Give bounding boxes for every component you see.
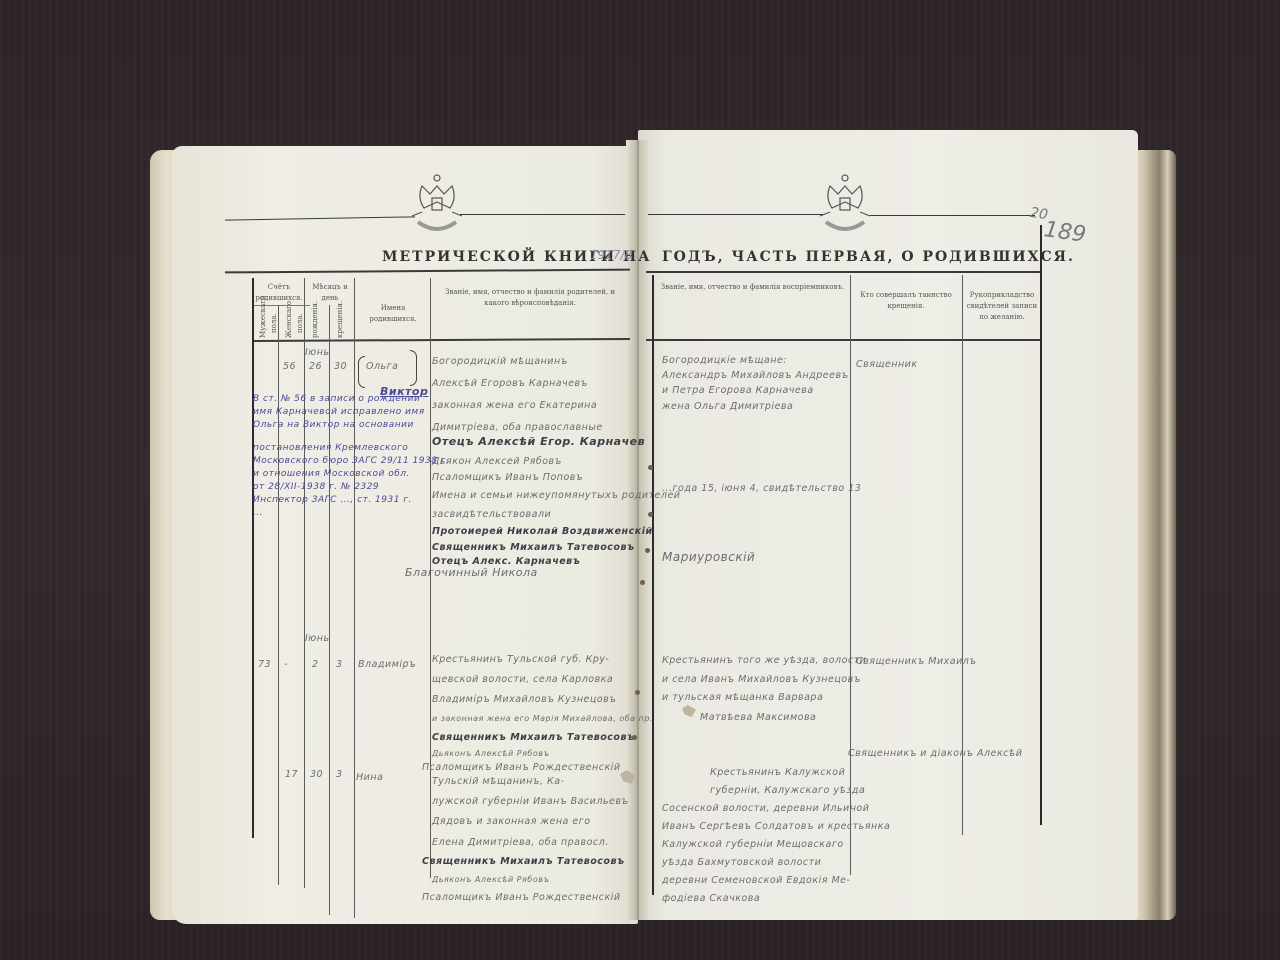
binding-hole (648, 465, 653, 470)
binding-hole (632, 735, 637, 740)
entry-1-signature: Благочинный Никола (405, 563, 538, 582)
correction-note-line: от 28/XII-1938 г. № 2329 (253, 481, 379, 494)
double-headed-eagle-icon (820, 172, 870, 242)
correction-note-line: ... (253, 507, 263, 520)
entry-2-godparents-line: и села Иванъ Михайловъ Кузнецовъ (662, 670, 861, 689)
entry-1-godparents-extra: ...года 15, іюня 4, свидѣтельство 13 (662, 479, 861, 498)
entry-3-performed-by: Священникъ и діаконъ Алексѣй (848, 744, 1022, 763)
column-border (1040, 225, 1042, 825)
entry-3-parents-line: Псаломщикъ Иванъ Рождественскій (422, 888, 621, 907)
double-headed-eagle-icon (412, 172, 462, 242)
entry-1-godparents-line: жена Ольга Димитріева (662, 397, 793, 416)
strike-bracket (358, 356, 365, 388)
entry-3-godparents-line: Иванъ Сергѣевъ Солдатовъ и крестьянка (662, 817, 890, 836)
correction-note-line: Московского бюро ЗАГС 29/11 1938 г. (253, 455, 449, 468)
header-female: Женскаго пола. (284, 308, 306, 338)
entry-1-parents-line: Алексѣй Егоровъ Карначевъ (432, 374, 588, 393)
correction-note-line: и отношения Московской обл. (253, 468, 410, 481)
entry-3-born-day: 30 (310, 765, 323, 784)
page-number-small: 20 (1029, 205, 1049, 223)
entry-3-parents-line: лужской губерніи Иванъ Васильевъ (432, 792, 629, 811)
entry-3-godparents-line: фодіева Скачкова (662, 889, 760, 908)
entry-3-godparents-line: деревни Семеновской Евдокія Ме- (662, 871, 850, 890)
binding-hole (645, 548, 650, 553)
entry-2-godparents-line: Матвѣева Максимова (700, 708, 816, 727)
book-title-right: ГОДЪ, ЧАСТЬ ПЕРВАЯ, О РОДИВШИХСЯ. (662, 249, 1075, 265)
header-male: Мужескаго пола. (258, 308, 280, 338)
binding-hole (648, 512, 653, 517)
header-ornament-line (648, 214, 823, 215)
entry-3-godparents-line: Сосенской волости, деревни Ильиной (662, 799, 869, 818)
header-performed-by: Кто совершалъ таинство крещенія. (854, 290, 958, 312)
entry-2-performed-by: Священникъ Михаилъ (856, 652, 977, 671)
entry-3-parents-line: Дядовъ и законная жена его (432, 812, 591, 831)
entry-2-godparents-line: Крестьянинъ того же уѣзда, волости (662, 651, 866, 670)
entry-1-name: Ольга (366, 357, 398, 376)
title-underline (646, 271, 1042, 273)
correction-note-line: В ст. № 56 в записи о рождении (253, 393, 420, 406)
entry-3-godparents-line: Крестьянинъ Калужской (710, 763, 845, 782)
entry-3-godparents-line: Калужской губерніи Мещовскаго (662, 835, 844, 854)
entry-1-female-no: 56 (283, 357, 296, 376)
entry-2-name: Владиміръ (358, 655, 416, 674)
header-parents: Званіе, имя, отчество и фамилія родителе… (440, 287, 620, 309)
entry-2-parents-line: щевской волости, села Карловка (432, 670, 613, 689)
correction-note-line: постановления Кремлевского (253, 442, 408, 455)
entry-2-godparents-line: и тульская мѣщанка Варвара (662, 688, 823, 707)
header-signatures: Рукоприкладство свидѣтелей записи по жел… (965, 290, 1039, 323)
year-handwritten: 1917/8 (590, 248, 632, 262)
correction-note-line: Ольга на Виктор на основании (253, 419, 414, 432)
binding-hole (635, 690, 640, 695)
entry-2-female-no: - (284, 655, 288, 674)
entry-3-parents-line: Дьяконъ Алексѣй Рябовъ (432, 870, 550, 889)
entry-3-parents-line: Тульскій мѣщанинъ, Ка- (432, 772, 565, 791)
header-ornament-line (460, 214, 625, 215)
entry-1-baptized-day: 30 (334, 357, 347, 376)
header-godparents: Званіе, имя, отчество и фамилія воспріем… (660, 282, 845, 293)
entry-1-signature: Имена и семьи нижеупомянутыхъ родителей (432, 486, 680, 505)
entry-3-godparents-line: губерніи, Калужскаго уѣзда (710, 781, 865, 800)
entry-3-parents-line: Священникъ Михаилъ Татевосовъ (422, 852, 625, 871)
entry-3-godparents-line: уѣзда Бахмутовской волости (662, 853, 821, 872)
header-bottom-rule (646, 339, 1041, 341)
column-border (652, 275, 654, 895)
header-child-names: Имена родившихся. (356, 303, 430, 325)
entry-2-month: Іюнь (305, 629, 330, 648)
entry-2-born-day: 2 (312, 655, 319, 674)
header-ornament-line (870, 215, 1035, 216)
entry-1-parents-line: Богородицкій мѣщанинъ (432, 352, 568, 371)
header-baptized: крещенія. (335, 308, 346, 338)
entry-3-parents-line: Елена Димитріева, оба правосл. (432, 833, 609, 852)
entry-3-name: Нина (356, 768, 383, 787)
entry-2-baptized-day: 3 (336, 655, 343, 674)
entry-1-godparents-signature: Мариуровскій (662, 548, 755, 567)
entry-1-born-day: 26 (309, 357, 322, 376)
entry-2-male-no: 73 (258, 655, 271, 674)
header-born: рожденія. (310, 308, 321, 338)
correction-note-line: имя Карначевой исправлено имя (253, 406, 425, 419)
strike-bracket (410, 350, 417, 386)
entry-3-female-no: 17 (285, 765, 298, 784)
entry-1-signature: Отецъ Алексѣй Егор. Карначев (432, 432, 645, 451)
column-border (252, 278, 254, 838)
column-border (278, 305, 279, 885)
column-border (354, 278, 355, 918)
entry-1-signature: Псаломщикъ Иванъ Поповъ (432, 468, 583, 487)
entry-2-parents-line: и законная жена его Марія Михайлова, оба… (432, 709, 653, 728)
entry-2-parents-line: Владиміръ Михайловъ Кузнецовъ (432, 690, 617, 709)
binding-hole (640, 580, 645, 585)
entry-2-parents-line: Крестьянинъ Тульской губ. Кру- (432, 650, 609, 669)
correction-note-line: Инспектор ЗАГС ..., ст. 1931 г. (253, 494, 412, 507)
entry-1-performed-by: Священник (856, 355, 918, 374)
entry-1-parents-line: законная жена его Екатерина (432, 396, 597, 415)
entry-3-baptized-day: 3 (336, 765, 343, 784)
column-border (304, 278, 305, 888)
